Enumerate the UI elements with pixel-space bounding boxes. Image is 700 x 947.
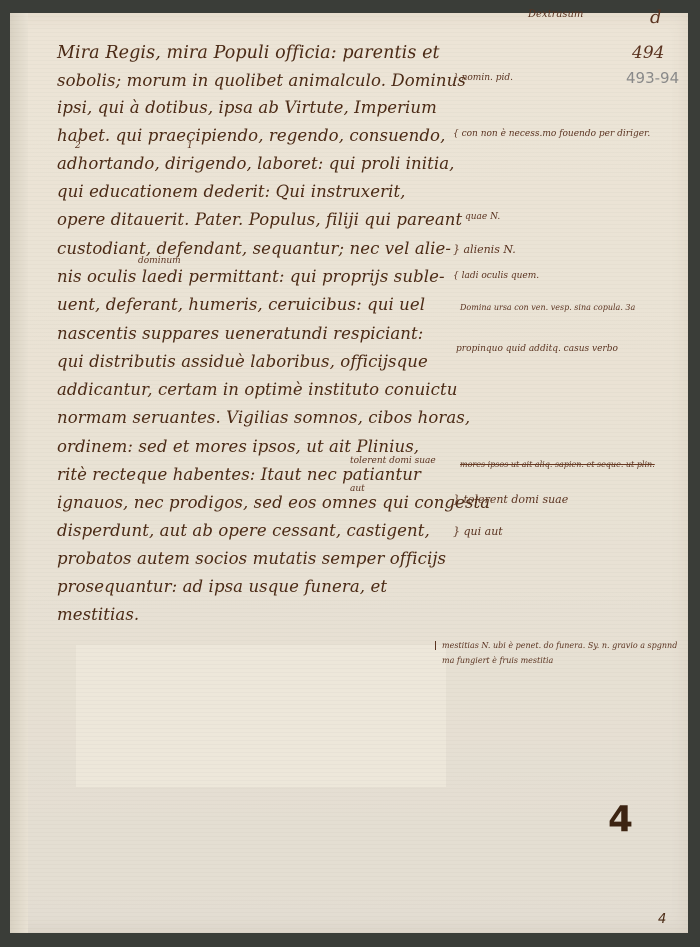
- text-line-3: ipsi, qui à dotibus, ipsa ab Virtute, Im…: [57, 98, 437, 117]
- margin-note-12: ma fungiert è fruis mestitia: [442, 656, 553, 665]
- margin-note-5: { ladi oculis quem.: [453, 271, 539, 281]
- margin-note-6: Domina ursa con ven. vesp. sina copula. …: [460, 303, 635, 312]
- interlinear-superscript-2: 2: [75, 141, 81, 151]
- text-line-7: opere ditauerit. Pater. Populus, filiji …: [57, 210, 462, 229]
- text-line-9: nis oculis laedi permittant: qui proprij…: [57, 267, 445, 286]
- text-line-18: disperdunt, aut ab opere cessant, castig…: [57, 521, 430, 540]
- text-line-17: ignauos, nec prodigos, sed eos omnes qui…: [57, 493, 490, 512]
- margin-note-8-struck: mores ipsos ut ait aliq. sapien. et sequ…: [460, 460, 655, 469]
- margin-note-3: quae N.: [465, 212, 500, 222]
- text-line-14: normam seruantes. Vigilias somnos, cibos…: [57, 408, 470, 427]
- text-line-16: ritè recteque habentes: Itaut nec patian…: [57, 465, 421, 484]
- manuscript-page: Dextrasum d 494 493-94 Mira Regis, mira …: [10, 13, 688, 933]
- pasted-paper-slip: [76, 645, 446, 787]
- text-line-11: nascentis suppares ueneratundi respician…: [57, 324, 423, 343]
- text-line-15: ordinem: sed et mores ipsos, ut ait Plin…: [57, 437, 419, 456]
- interlinear-dominum: dominum: [138, 256, 181, 266]
- interlinear-superscript-1: 1: [187, 141, 193, 151]
- margin-note-4: } alienis N.: [453, 243, 516, 256]
- text-line-2: sobolis; morum in quolibet animalculo. D…: [57, 71, 466, 90]
- folio-letter: d: [650, 7, 662, 28]
- folio-number-ink: 494: [632, 43, 664, 63]
- top-margin-note: Dextrasum: [528, 9, 583, 20]
- text-line-8: custodiant, defendant, sequantur; nec ve…: [57, 239, 451, 258]
- text-line-1: Mira Regis, mira Populi officia: parenti…: [57, 43, 440, 63]
- text-line-4: habet. qui praecipiendo, regendo, consue…: [57, 126, 445, 145]
- margin-note-1: } nomin. pid.: [453, 73, 513, 83]
- text-line-21: mestitias.: [57, 605, 139, 624]
- interlinear-aut: aut: [350, 484, 365, 494]
- margin-note-7: propinquo quid additq. casus verbo: [456, 344, 618, 354]
- text-line-10: uent, deferant, humeris, ceruicibus: qui…: [57, 295, 425, 314]
- margin-note-2: { con non è necess.mo fouendo per dirige…: [453, 129, 650, 139]
- interlinear-tolerent: tolerent domi suae: [350, 456, 436, 466]
- margin-note-9: } tolerent domi suae: [453, 493, 568, 506]
- text-line-5: adhortando, dirigendo, laboret: qui prol…: [57, 154, 455, 173]
- text-line-19: probatos autem socios mutatis semper off…: [57, 549, 446, 568]
- binding-gutter: [10, 13, 28, 933]
- text-line-12: qui distributis assiduè laboribus, offic…: [57, 352, 428, 371]
- margin-note-10: } qui aut: [453, 525, 503, 538]
- text-line-20: prosequantur: ad ipsa usque funera, et: [57, 577, 387, 596]
- text-line-6: qui educationem dederit: Qui instruxerit…: [57, 182, 406, 201]
- large-numeral: 4: [608, 799, 633, 840]
- folio-number-pencil: 493-94: [626, 69, 679, 87]
- small-numeral: 4: [658, 912, 666, 927]
- margin-note-11: mestitias N. ubi è penet. do funera. Sy.…: [435, 641, 677, 650]
- text-line-13: addicantur, certam in optimè instituto c…: [57, 380, 457, 399]
